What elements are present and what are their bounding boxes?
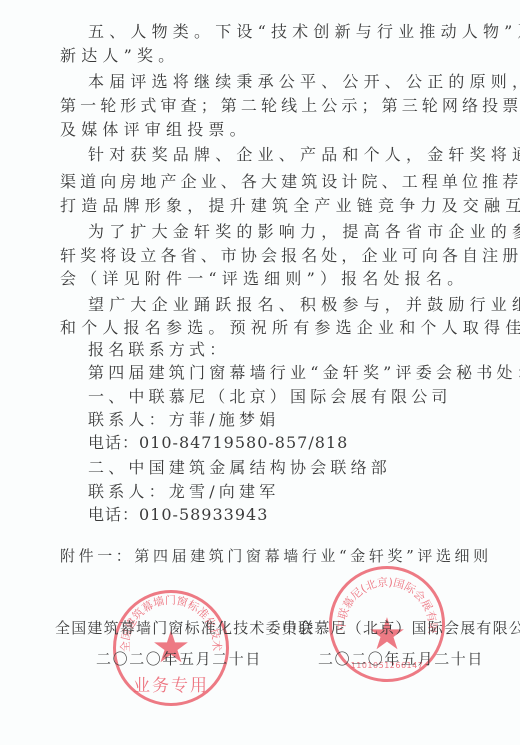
contact-org1-name: 一、中联慕尼（北京）国际会展有限公司 xyxy=(88,387,452,407)
official-seal-left: 全国建筑幕墙门窗标准化技术委员会 ★ 业务专用 xyxy=(113,590,229,706)
paragraph-5-line-2: 和个人报名参选。预祝所有参选企业和个人取得佳绩！ xyxy=(60,318,520,338)
contact-org2-phone: 电话：010-58933943 xyxy=(88,505,268,525)
paragraph-4-line-3: 会（详见附件一“评选细则”）报名处报名。 xyxy=(60,269,468,289)
contact-org2-person: 联系人：龙雪/向建军 xyxy=(88,482,279,502)
signature-date-left: 二〇二〇年五月二十日 xyxy=(96,649,262,669)
paragraph-1-line-2: 新达人”奖。 xyxy=(60,46,179,66)
contact-org2-name: 二、中国建筑金属结构协会联络部 xyxy=(88,458,391,478)
paragraph-3-line-2: 渠道向房地产企业、各大建筑设计院、工程单位推荐，帮助获奖企业 xyxy=(60,172,520,192)
contact-heading: 报名联系方式： xyxy=(88,340,229,360)
contact-org1-person: 联系人：方菲/施梦娟 xyxy=(88,410,279,430)
paragraph-3-line-3: 打造品牌形象，提升建筑全产业链竞争力及交融互通。 xyxy=(60,196,520,216)
contact-secretariat: 第四届建筑门窗幕墙行业“金轩奖”评委会秘书处： xyxy=(88,363,520,383)
paragraph-2-line-3: 及媒体评审组投票。 xyxy=(60,120,251,140)
paragraph-3-line-1: 针对获奖品牌、企业、产品和个人，金轩奖将通过一系列方式及 xyxy=(88,145,520,165)
signature-org-left: 全国建筑幕墙门窗标准化技术委员会 xyxy=(55,618,314,638)
paragraph-4-line-2: 轩奖将设立各省、市协会报名处，企业可向各自注册地指定的省市协 xyxy=(60,246,520,266)
paragraph-2-line-1: 本届评选将继续秉承公平、公开、公正的原则，分为四轮评选： xyxy=(88,72,520,92)
signature-date-right: 二〇二〇年五月二十日 xyxy=(318,649,484,669)
paragraph-1-line-1: 五、人物类。下设“技术创新与行业推动人物”及“行业青年创 xyxy=(88,22,520,42)
paragraph-2-line-2: 第一轮形式审查；第二轮线上公示；第三轮网络投票；第四轮评委会 xyxy=(60,96,520,116)
contact-org1-phone: 电话：010-84719580-857/818 xyxy=(88,433,348,453)
signature-org-right: 中联慕尼（北京）国际会展有限公司 xyxy=(282,618,520,638)
seal-bottom-text-left: 业务专用 xyxy=(116,671,226,696)
attachment-note: 附件一：第四届建筑门窗幕墙行业“金轩奖”评选细则 xyxy=(60,546,492,566)
paragraph-5-line-1: 望广大企业踊跃报名、积极参与，并鼓励行业组织推荐优秀企业 xyxy=(88,295,520,315)
paragraph-4-line-1: 为了扩大金轩奖的影响力，提高各省市企业的参与力度，本届金 xyxy=(88,222,520,242)
